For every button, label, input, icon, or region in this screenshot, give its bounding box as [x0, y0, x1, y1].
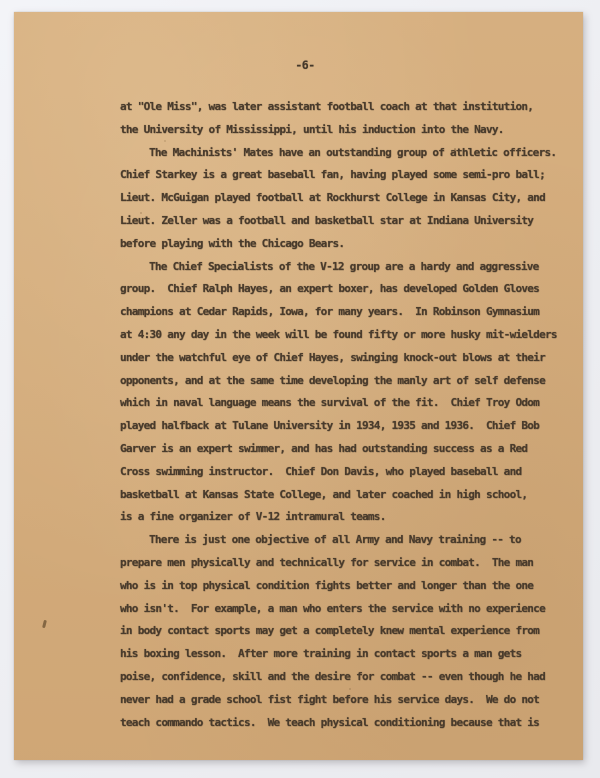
- text-line: at 4:30 any day in the week will be foun…: [120, 324, 580, 347]
- paper-speck: [349, 688, 351, 690]
- text-line: prepare men physically and technically f…: [120, 552, 580, 575]
- document-page: -6- at "Ole Miss", was later assistant f…: [14, 12, 583, 760]
- text-line: Garver is an expert swimmer, and has had…: [120, 438, 580, 461]
- text-line: group. Chief Ralph Hayes, an expert boxe…: [120, 278, 580, 301]
- text-line: never had a grade school fist fight befo…: [120, 689, 580, 712]
- text-line: the University of Mississippi, until his…: [120, 119, 580, 142]
- text-line: Chief Starkey is a great baseball fan, h…: [120, 164, 580, 187]
- paper-speck: [42, 620, 47, 628]
- paper-speck: [140, 212, 142, 214]
- scan-background: -6- at "Ole Miss", was later assistant f…: [0, 0, 600, 778]
- text-line: who is in top physical condition fights …: [120, 575, 580, 598]
- text-line: Lieut. Zeller was a football and basketb…: [120, 210, 580, 233]
- text-line: under the watchful eye of Chief Hayes, s…: [120, 347, 580, 370]
- text-line: Lieut. McGuigan played football at Rockh…: [120, 187, 580, 210]
- text-line: opponents, and at the same time developi…: [120, 370, 580, 393]
- paper-speck: [454, 148, 456, 151]
- text-line: which in naval language means the surviv…: [120, 392, 580, 415]
- text-line: is a fine organizer of V-12 intramural t…: [120, 506, 580, 529]
- text-line: played halfback at Tulane University in …: [120, 415, 580, 438]
- text-line: poise, confidence, skill and the desire …: [120, 666, 580, 689]
- paper-speck: [164, 140, 166, 142]
- text-line: who isn't. For example, a man who enters…: [120, 598, 580, 621]
- text-line: champions at Cedar Rapids, Iowa, for man…: [120, 301, 580, 324]
- text-line: teach commando tactics. We teach physica…: [120, 712, 580, 735]
- text-line: in body contact sports may get a complet…: [120, 620, 580, 643]
- page-number: -6-: [14, 58, 583, 72]
- text-line: at "Ole Miss", was later assistant footb…: [120, 96, 580, 119]
- text-line: his boxing lesson. After more training i…: [120, 643, 580, 666]
- typed-text-block: at "Ole Miss", was later assistant footb…: [120, 96, 580, 734]
- text-line: The Machinists' Mates have an outstandin…: [120, 142, 580, 165]
- text-line: There is just one objective of all Army …: [120, 529, 580, 552]
- text-line: Cross swimming instructor. Chief Don Dav…: [120, 461, 580, 484]
- text-line: before playing with the Chicago Bears.: [120, 233, 580, 256]
- text-line: The Chief Specialists of the V-12 group …: [120, 256, 580, 279]
- text-line: basketball at Kansas State College, and …: [120, 484, 580, 507]
